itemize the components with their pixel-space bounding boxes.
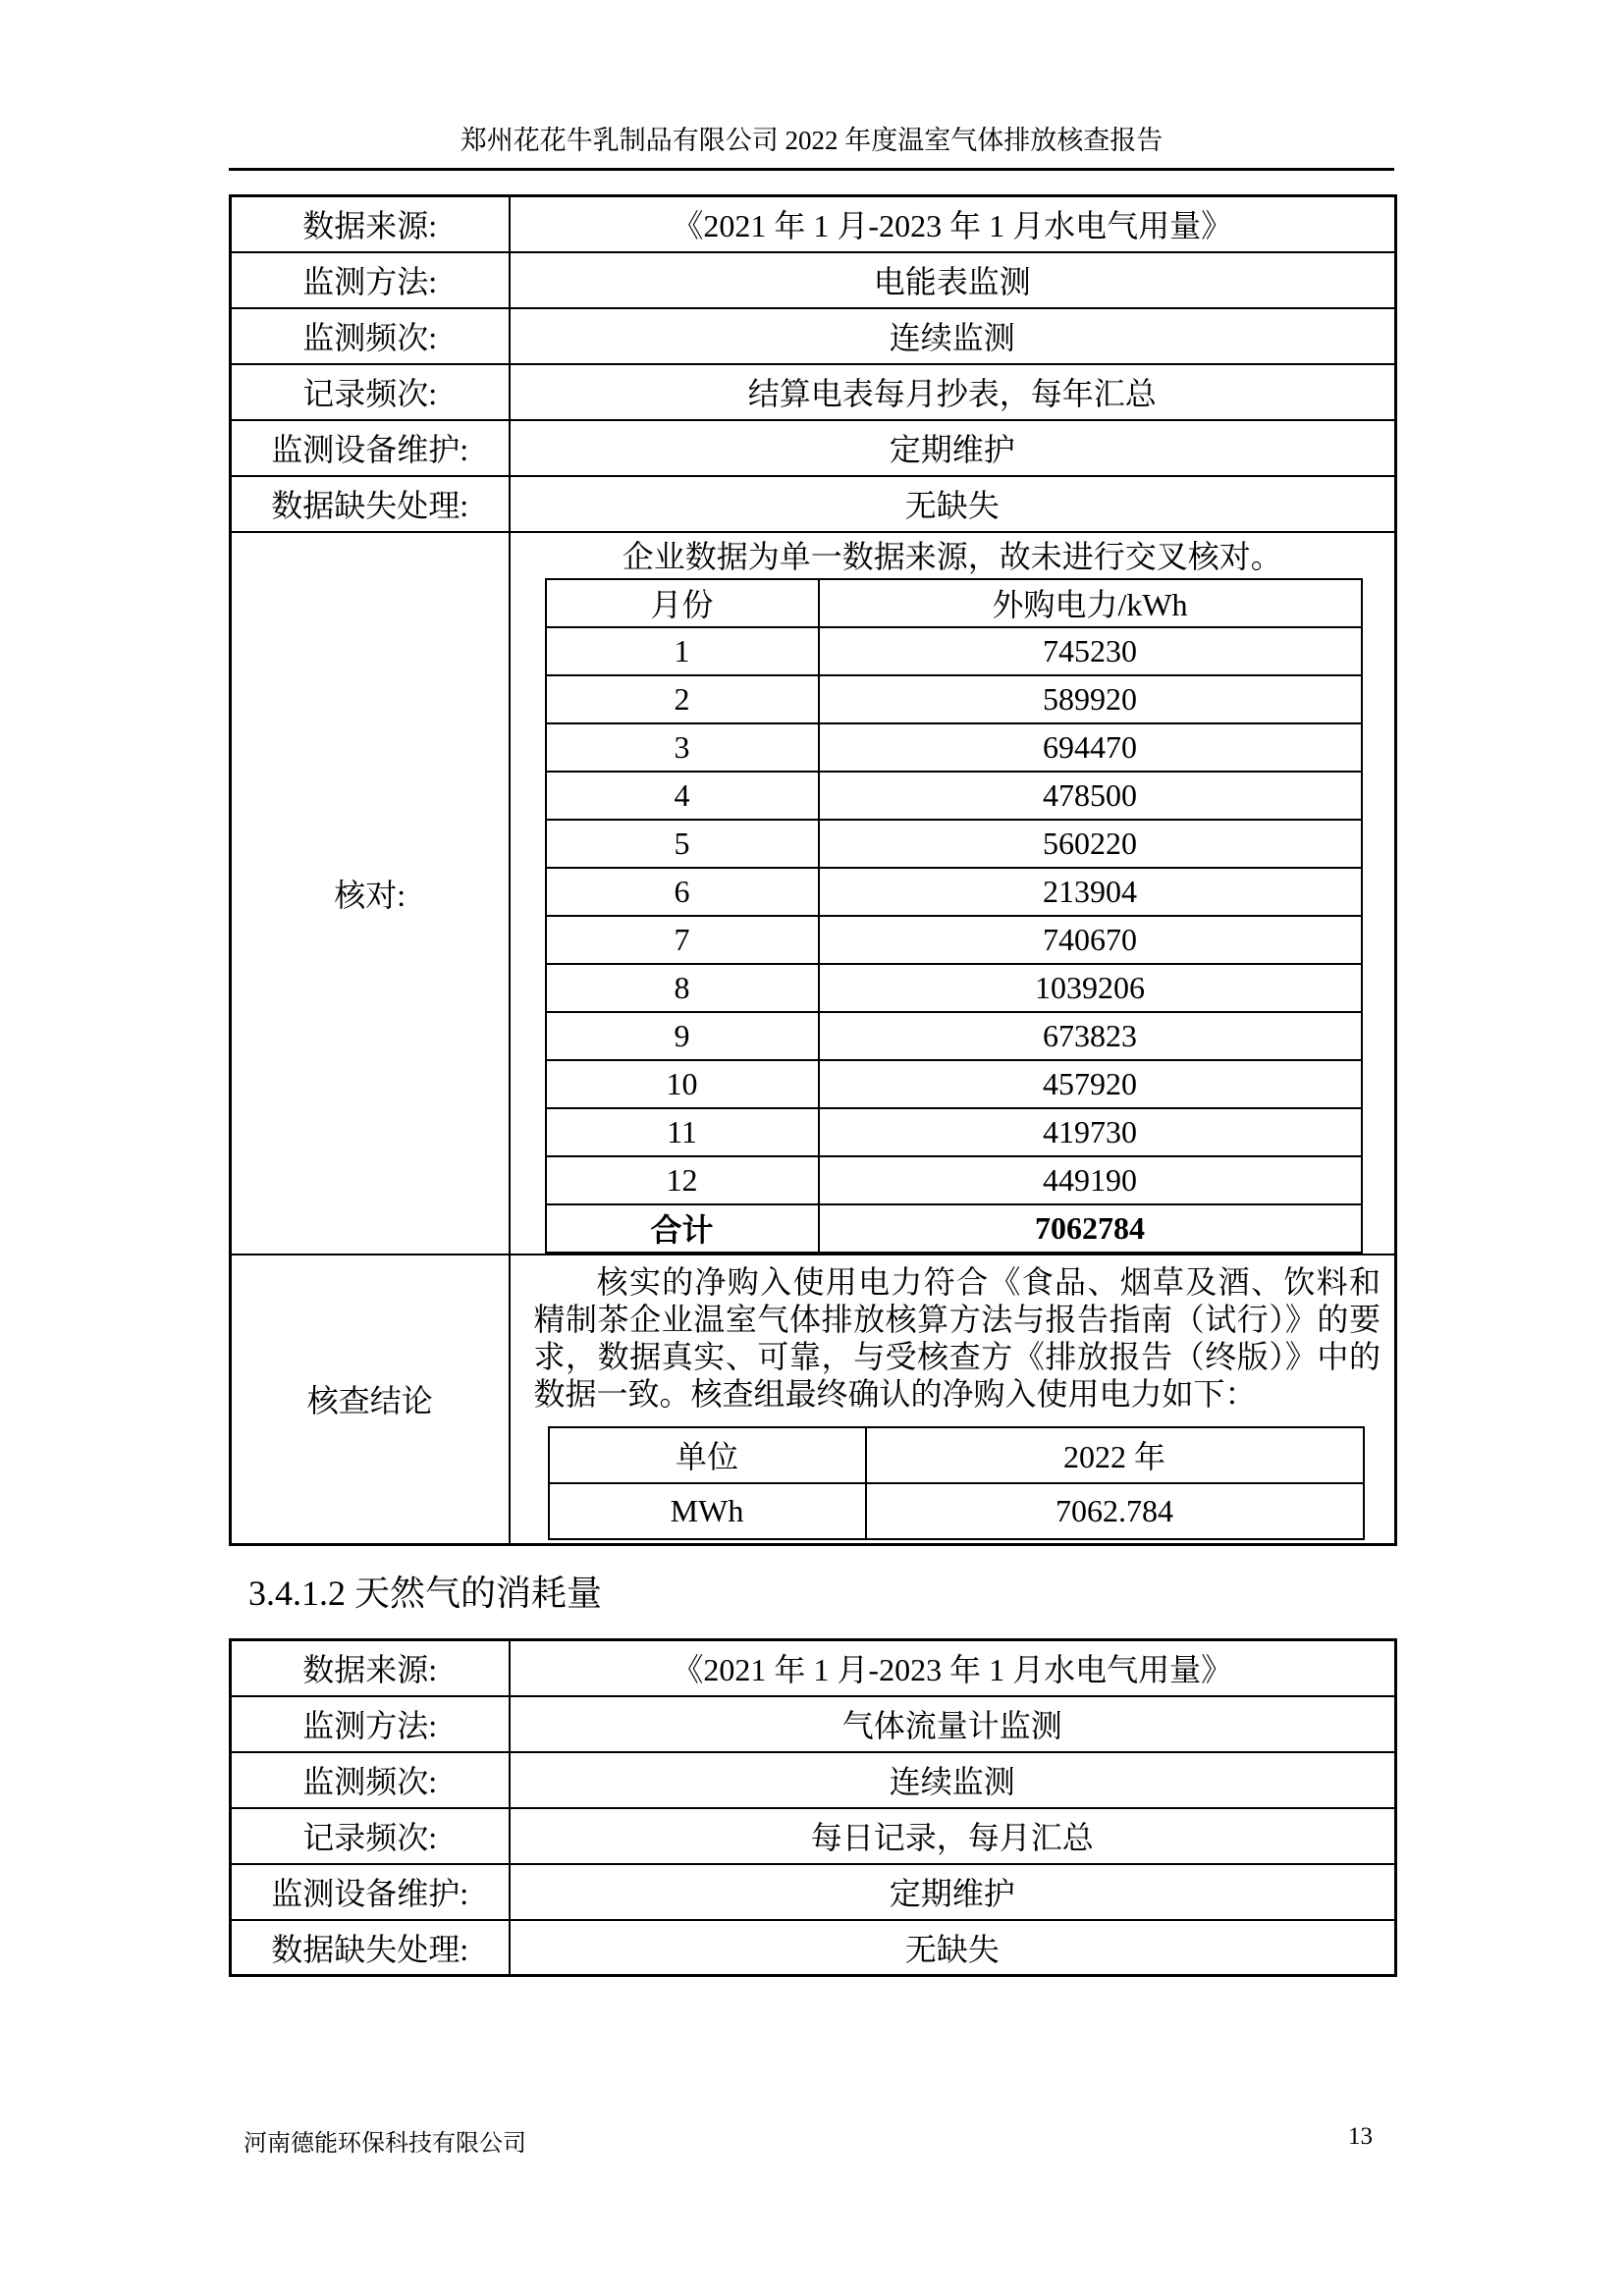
conclusion-row-label: 核查结论 bbox=[231, 1255, 510, 1545]
monthly-header-row: 月份 外购电力/kWh bbox=[546, 579, 1362, 627]
row-value: 《2021 年 1 月-2023 年 1 月水电气用量》 bbox=[510, 196, 1396, 252]
page-header-title: 郑州花花牛乳制品有限公司 2022 年度温室气体排放核查报告 bbox=[229, 125, 1394, 156]
month-column-header: 月份 bbox=[546, 579, 819, 627]
row-label: 监测方法: bbox=[231, 1696, 510, 1752]
gas-monitoring-table: 数据来源: 《2021 年 1 月-2023 年 1 月水电气用量》 监测方法:… bbox=[229, 1638, 1397, 1977]
unit-header-cell: 单位 bbox=[549, 1427, 866, 1483]
monthly-row: 10 457920 bbox=[546, 1060, 1362, 1108]
check-intro-text: 企业数据为单一数据来源，故未进行交叉核对。 bbox=[511, 537, 1395, 576]
table-row: 监测方法: 电能表监测 bbox=[231, 252, 1396, 308]
row-value: 无缺失 bbox=[510, 1920, 1396, 1976]
monthly-row: 9 673823 bbox=[546, 1012, 1362, 1060]
row-value: 连续监测 bbox=[510, 1752, 1396, 1808]
total-label: 合计 bbox=[546, 1204, 819, 1253]
value-cell: 457920 bbox=[819, 1060, 1362, 1108]
monthly-row: 1 745230 bbox=[546, 627, 1362, 675]
value-cell: 1039206 bbox=[819, 964, 1362, 1012]
row-label: 数据缺失处理: bbox=[231, 1920, 510, 1976]
value-cell: 745230 bbox=[819, 627, 1362, 675]
value-cell: 478500 bbox=[819, 772, 1362, 820]
table-row: 记录频次: 结算电表每月抄表，每年汇总 bbox=[231, 364, 1396, 420]
monthly-electricity-table: 月份 外购电力/kWh 1 745230 2 589920 3 bbox=[545, 578, 1363, 1254]
row-label: 数据来源: bbox=[231, 1640, 510, 1696]
row-value: 每日记录，每月汇总 bbox=[510, 1808, 1396, 1864]
month-cell: 10 bbox=[546, 1060, 819, 1108]
footer-company: 河南德能环保科技有限公司 bbox=[244, 2123, 526, 2158]
check-row-content: 企业数据为单一数据来源，故未进行交叉核对。 月份 外购电力/kWh 1 7452… bbox=[510, 532, 1396, 1255]
page-content: 郑州花花牛乳制品有限公司 2022 年度温室气体排放核查报告 数据来源: 《20… bbox=[229, 0, 1394, 1977]
conclusion-row: 核查结论 核实的净购入使用电力符合《食品、烟草及酒、饮料和精制茶企业温室气体排放… bbox=[231, 1255, 1396, 1545]
table-row: 监测频次: 连续监测 bbox=[231, 308, 1396, 364]
table-row: 数据缺失处理: 无缺失 bbox=[231, 1920, 1396, 1976]
month-cell: 3 bbox=[546, 723, 819, 772]
table-row: 监测设备维护: 定期维护 bbox=[231, 1864, 1396, 1920]
row-value: 无缺失 bbox=[510, 476, 1396, 532]
value-cell: 694470 bbox=[819, 723, 1362, 772]
monthly-row: 4 478500 bbox=[546, 772, 1362, 820]
row-label: 监测设备维护: bbox=[231, 1864, 510, 1920]
month-cell: 6 bbox=[546, 868, 819, 916]
row-value: 定期维护 bbox=[510, 420, 1396, 476]
monthly-row: 12 449190 bbox=[546, 1156, 1362, 1204]
table-row: 监测频次: 连续监测 bbox=[231, 1752, 1396, 1808]
table-row: 数据来源: 《2021 年 1 月-2023 年 1 月水电气用量》 bbox=[231, 196, 1396, 252]
conclusion-paragraph: 核实的净购入使用电力符合《食品、烟草及酒、饮料和精制茶企业温室气体排放核算方法与… bbox=[511, 1255, 1395, 1413]
monthly-row: 3 694470 bbox=[546, 723, 1362, 772]
row-label: 记录频次: bbox=[231, 364, 510, 420]
total-value: 7062784 bbox=[819, 1204, 1362, 1253]
header-rule bbox=[229, 168, 1394, 171]
page-number: 13 bbox=[1348, 2123, 1373, 2151]
value-cell: 589920 bbox=[819, 675, 1362, 723]
value-column-header: 外购电力/kWh bbox=[819, 579, 1362, 627]
table-row: 监测方法: 气体流量计监测 bbox=[231, 1696, 1396, 1752]
row-value: 定期维护 bbox=[510, 1864, 1396, 1920]
value-cell: 673823 bbox=[819, 1012, 1362, 1060]
check-row: 核对: 企业数据为单一数据来源，故未进行交叉核对。 月份 外购电力/kWh 1 … bbox=[231, 532, 1396, 1255]
row-value: 连续监测 bbox=[510, 308, 1396, 364]
section-heading: 3.4.1.2 天然气的消耗量 bbox=[248, 1572, 1394, 1615]
month-cell: 5 bbox=[546, 820, 819, 868]
check-row-label: 核对: bbox=[231, 532, 510, 1255]
row-label: 监测频次: bbox=[231, 1752, 510, 1808]
row-label: 监测频次: bbox=[231, 308, 510, 364]
confirmed-header-row: 单位 2022 年 bbox=[549, 1427, 1364, 1483]
row-value: 气体流量计监测 bbox=[510, 1696, 1396, 1752]
value-cell: 560220 bbox=[819, 820, 1362, 868]
conclusion-row-content: 核实的净购入使用电力符合《食品、烟草及酒、饮料和精制茶企业温室气体排放核算方法与… bbox=[510, 1255, 1396, 1545]
month-cell: 2 bbox=[546, 675, 819, 723]
row-label: 数据缺失处理: bbox=[231, 476, 510, 532]
electricity-monitoring-table: 数据来源: 《2021 年 1 月-2023 年 1 月水电气用量》 监测方法:… bbox=[229, 194, 1397, 1546]
month-cell: 4 bbox=[546, 772, 819, 820]
month-cell: 8 bbox=[546, 964, 819, 1012]
table-row: 数据缺失处理: 无缺失 bbox=[231, 476, 1396, 532]
monthly-row: 8 1039206 bbox=[546, 964, 1362, 1012]
year-value-cell: 7062.784 bbox=[866, 1483, 1364, 1539]
row-value: 《2021 年 1 月-2023 年 1 月水电气用量》 bbox=[510, 1640, 1396, 1696]
row-label: 监测设备维护: bbox=[231, 420, 510, 476]
row-value: 结算电表每月抄表，每年汇总 bbox=[510, 364, 1396, 420]
value-cell: 449190 bbox=[819, 1156, 1362, 1204]
monthly-row: 2 589920 bbox=[546, 675, 1362, 723]
month-cell: 1 bbox=[546, 627, 819, 675]
monthly-row: 7 740670 bbox=[546, 916, 1362, 964]
monthly-total-row: 合计 7062784 bbox=[546, 1204, 1362, 1253]
value-cell: 419730 bbox=[819, 1108, 1362, 1156]
monthly-row: 5 560220 bbox=[546, 820, 1362, 868]
row-value: 电能表监测 bbox=[510, 252, 1396, 308]
table-row: 监测设备维护: 定期维护 bbox=[231, 420, 1396, 476]
month-cell: 12 bbox=[546, 1156, 819, 1204]
monthly-row: 11 419730 bbox=[546, 1108, 1362, 1156]
row-label: 记录频次: bbox=[231, 1808, 510, 1864]
year-header-cell: 2022 年 bbox=[866, 1427, 1364, 1483]
row-label: 监测方法: bbox=[231, 252, 510, 308]
month-cell: 11 bbox=[546, 1108, 819, 1156]
value-cell: 740670 bbox=[819, 916, 1362, 964]
row-label: 数据来源: bbox=[231, 196, 510, 252]
confirmed-electricity-table: 单位 2022 年 MWh 7062.784 bbox=[548, 1426, 1365, 1540]
monthly-row: 6 213904 bbox=[546, 868, 1362, 916]
table-row: 记录频次: 每日记录，每月汇总 bbox=[231, 1808, 1396, 1864]
table-row: 数据来源: 《2021 年 1 月-2023 年 1 月水电气用量》 bbox=[231, 1640, 1396, 1696]
month-cell: 7 bbox=[546, 916, 819, 964]
value-cell: 213904 bbox=[819, 868, 1362, 916]
unit-value-cell: MWh bbox=[549, 1483, 866, 1539]
month-cell: 9 bbox=[546, 1012, 819, 1060]
confirmed-value-row: MWh 7062.784 bbox=[549, 1483, 1364, 1539]
report-page: 郑州花花牛乳制品有限公司 2022 年度温室气体排放核查报告 数据来源: 《20… bbox=[0, 0, 1624, 2296]
